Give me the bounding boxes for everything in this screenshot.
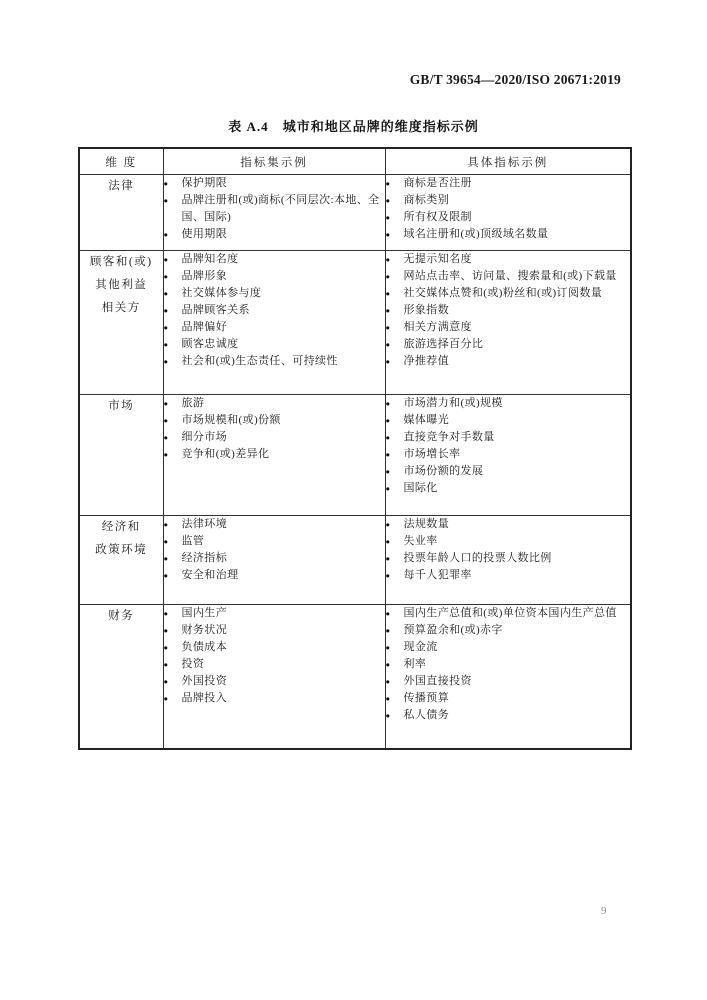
bullet-icon: ● xyxy=(164,429,182,446)
list-item: ●财务状况 xyxy=(164,622,385,639)
dimension-cell: 法律 xyxy=(79,175,163,251)
list-item-text: 私人债务 xyxy=(404,707,631,724)
column-header-indicator-sets: 指标集示例 xyxy=(163,148,385,175)
list-item-text: 净推荐值 xyxy=(404,353,631,370)
list-item: ●保护期限 xyxy=(164,175,385,192)
bullet-icon: ● xyxy=(386,429,404,446)
dimension-line: 其他利益 xyxy=(95,279,147,291)
column-header-specific-indicators: 具体指标示例 xyxy=(385,148,631,175)
dimension-cell: 顾客和(或)其他利益相关方 xyxy=(79,251,163,395)
bullet-icon: ● xyxy=(386,673,404,690)
list-item: ●品牌投入 xyxy=(164,690,385,707)
bullet-icon: ● xyxy=(164,268,182,285)
table-title-text: 城市和地区品牌的维度指标示例 xyxy=(283,119,479,134)
list-item: ●经济指标 xyxy=(164,550,385,567)
list-item-text: 国际化 xyxy=(404,480,631,497)
list-item-text: 经济指标 xyxy=(182,550,385,567)
list-item: ●品牌形象 xyxy=(164,268,385,285)
specific-indicator-cell: ●法规数量●失业率●投票年龄人口的投票人数比例●每千人犯罪率 xyxy=(385,516,631,605)
list-item-text: 社交媒体参与度 xyxy=(182,285,385,302)
bullet-icon: ● xyxy=(164,353,182,370)
list-item: ●传播预算 xyxy=(386,690,631,707)
list-item-text: 市场规模和(或)份额 xyxy=(182,412,385,429)
list-item-text: 网站点击率、访问量、搜索量和(或)下载量 xyxy=(404,268,631,285)
list-item: ●法律环境 xyxy=(164,516,385,533)
bullet-icon: ● xyxy=(386,446,404,463)
bullet-icon: ● xyxy=(386,302,404,319)
list-item-text: 安全和治理 xyxy=(182,567,385,584)
list-item: ●国内生产总值和(或)单位资本国内生产总值 xyxy=(386,605,631,622)
indicator-set-cell: ●品牌知名度●品牌形象●社交媒体参与度●品牌顾客关系●品牌偏好●顾客忠诚度●社会… xyxy=(163,251,385,395)
list-item-text: 市场份额的发展 xyxy=(404,463,631,480)
list-item: ●投资 xyxy=(164,656,385,673)
bullet-icon: ● xyxy=(386,268,404,285)
list-item: ●品牌顾客关系 xyxy=(164,302,385,319)
dimension-line: 政策环境 xyxy=(95,544,147,556)
bullet-icon: ● xyxy=(164,175,182,192)
bullet-icon: ● xyxy=(386,336,404,353)
list-item-text: 媒体曝光 xyxy=(404,412,631,429)
list-item-text: 投资 xyxy=(182,656,385,673)
list-item: ●相关方满意度 xyxy=(386,319,631,336)
bullet-icon: ● xyxy=(386,395,404,412)
dimension-line: 经济和 xyxy=(102,521,141,533)
bullet-icon: ● xyxy=(164,319,182,336)
bullet-icon: ● xyxy=(164,412,182,429)
list-item: ●网站点击率、访问量、搜索量和(或)下载量 xyxy=(386,268,631,285)
list-item: ●品牌注册和(或)商标(不同层次:本地、全国、国际) xyxy=(164,192,385,226)
bullet-icon: ● xyxy=(386,605,404,622)
dimension-line: 相关方 xyxy=(102,302,141,314)
bullet-icon: ● xyxy=(386,690,404,707)
bullet-icon: ● xyxy=(164,446,182,463)
bullet-icon: ● xyxy=(164,336,182,353)
bullet-icon: ● xyxy=(164,550,182,567)
list-item: ●顾客忠诚度 xyxy=(164,336,385,353)
bullet-icon: ● xyxy=(164,226,182,243)
dimension-cell: 财务 xyxy=(79,605,163,749)
bullet-icon: ● xyxy=(386,412,404,429)
list-item-text: 形象指数 xyxy=(404,302,631,319)
bullet-icon: ● xyxy=(386,656,404,673)
list-item: ●域名注册和(或)顶级域名数量 xyxy=(386,226,631,243)
indicator-set-cell: ●旅游●市场规模和(或)份额●细分市场●竞争和(或)差异化 xyxy=(163,395,385,516)
list-item-text: 外国投资 xyxy=(182,673,385,690)
bullet-icon: ● xyxy=(164,251,182,268)
bullet-icon: ● xyxy=(164,192,182,209)
list-item-text: 社会和(或)生态责任、可持续性 xyxy=(182,353,385,370)
bullet-icon: ● xyxy=(386,353,404,370)
list-item: ●预算盈余和(或)赤字 xyxy=(386,622,631,639)
bullet-icon: ● xyxy=(386,463,404,480)
list-item: ●利率 xyxy=(386,656,631,673)
bullet-icon: ● xyxy=(386,209,404,226)
list-item: ●商标是否注册 xyxy=(386,175,631,192)
list-item-text: 域名注册和(或)顶级域名数量 xyxy=(404,226,631,243)
list-item: ●商标类别 xyxy=(386,192,631,209)
bullet-icon: ● xyxy=(164,656,182,673)
bullet-icon: ● xyxy=(164,567,182,584)
page-number: 9 xyxy=(601,905,607,917)
list-item-text: 使用期限 xyxy=(182,226,385,243)
table-row: 顾客和(或)其他利益相关方●品牌知名度●品牌形象●社交媒体参与度●品牌顾客关系●… xyxy=(79,251,631,395)
list-item: ●媒体曝光 xyxy=(386,412,631,429)
standard-code-header: GB/T 39654—2020/ISO 20671:2019 xyxy=(410,72,621,88)
bullet-icon: ● xyxy=(386,226,404,243)
bullet-icon: ● xyxy=(386,639,404,656)
list-item: ●私人债务 xyxy=(386,707,631,724)
specific-indicator-cell: ●商标是否注册●商标类别●所有权及限制●域名注册和(或)顶级域名数量 xyxy=(385,175,631,251)
list-item-text: 财务状况 xyxy=(182,622,385,639)
indicator-set-cell: ●法律环境●监管●经济指标●安全和治理 xyxy=(163,516,385,605)
list-item-text: 品牌偏好 xyxy=(182,319,385,336)
specific-indicator-cell: ●市场潜力和(或)规模●媒体曝光●直接竞争对手数量●市场增长率●市场份额的发展●… xyxy=(385,395,631,516)
list-item-text: 法律环境 xyxy=(182,516,385,533)
list-item-text: 商标类别 xyxy=(404,192,631,209)
bullet-icon: ● xyxy=(386,319,404,336)
table-row: 财务●国内生产●财务状况●负债成本●投资●外国投资●品牌投入●国内生产总值和(或… xyxy=(79,605,631,749)
bullet-icon: ● xyxy=(386,285,404,302)
list-item: ●旅游选择百分比 xyxy=(386,336,631,353)
list-item: ●品牌知名度 xyxy=(164,251,385,268)
list-item: ●市场份额的发展 xyxy=(386,463,631,480)
list-item-text: 品牌形象 xyxy=(182,268,385,285)
bullet-icon: ● xyxy=(164,605,182,622)
table-header-row: 维 度 指标集示例 具体指标示例 xyxy=(79,148,631,175)
list-item: ●品牌偏好 xyxy=(164,319,385,336)
list-item: ●外国投资 xyxy=(164,673,385,690)
list-item-text: 品牌知名度 xyxy=(182,251,385,268)
list-item: ●安全和治理 xyxy=(164,567,385,584)
dimension-cell: 经济和政策环境 xyxy=(79,516,163,605)
list-item-text: 商标是否注册 xyxy=(404,175,631,192)
specific-indicator-cell: ●国内生产总值和(或)单位资本国内生产总值●预算盈余和(或)赤字●现金流●利率●… xyxy=(385,605,631,749)
bullet-icon: ● xyxy=(164,622,182,639)
list-item-text: 保护期限 xyxy=(182,175,385,192)
list-item: ●无提示知名度 xyxy=(386,251,631,268)
list-item: ●每千人犯罪率 xyxy=(386,567,631,584)
list-item-text: 市场增长率 xyxy=(404,446,631,463)
bullet-icon: ● xyxy=(386,533,404,550)
list-item: ●净推荐值 xyxy=(386,353,631,370)
list-item-text: 旅游 xyxy=(182,395,385,412)
table-row: 市场●旅游●市场规模和(或)份额●细分市场●竞争和(或)差异化●市场潜力和(或)… xyxy=(79,395,631,516)
bullet-icon: ● xyxy=(386,622,404,639)
indicator-set-cell: ●保护期限●品牌注册和(或)商标(不同层次:本地、全国、国际)●使用期限 xyxy=(163,175,385,251)
indicator-set-cell: ●国内生产●财务状况●负债成本●投资●外国投资●品牌投入 xyxy=(163,605,385,749)
list-item-text: 负债成本 xyxy=(182,639,385,656)
bullet-icon: ● xyxy=(386,480,404,497)
list-item-text: 国内生产总值和(或)单位资本国内生产总值 xyxy=(404,605,631,622)
bullet-icon: ● xyxy=(164,285,182,302)
list-item: ●社交媒体点赞和(或)粉丝和(或)订阅数量 xyxy=(386,285,631,302)
list-item-text: 市场潜力和(或)规模 xyxy=(404,395,631,412)
document-page: GB/T 39654—2020/ISO 20671:2019 表 A.4城市和地… xyxy=(0,0,707,1000)
list-item-text: 品牌投入 xyxy=(182,690,385,707)
list-item: ●社会和(或)生态责任、可持续性 xyxy=(164,353,385,370)
list-item-text: 细分市场 xyxy=(182,429,385,446)
table-row: 经济和政策环境●法律环境●监管●经济指标●安全和治理●法规数量●失业率●投票年龄… xyxy=(79,516,631,605)
bullet-icon: ● xyxy=(386,707,404,724)
bullet-icon: ● xyxy=(164,395,182,412)
bullet-icon: ● xyxy=(386,175,404,192)
list-item: ●现金流 xyxy=(386,639,631,656)
table-title-label: 表 A.4 xyxy=(228,119,268,134)
list-item: ●所有权及限制 xyxy=(386,209,631,226)
bullet-icon: ● xyxy=(386,567,404,584)
list-item: ●投票年龄人口的投票人数比例 xyxy=(386,550,631,567)
bullet-icon: ● xyxy=(164,673,182,690)
list-item-text: 品牌顾客关系 xyxy=(182,302,385,319)
list-item: ●市场规模和(或)份额 xyxy=(164,412,385,429)
bullet-icon: ● xyxy=(386,192,404,209)
list-item-text: 竞争和(或)差异化 xyxy=(182,446,385,463)
list-item: ●国内生产 xyxy=(164,605,385,622)
list-item-text: 国内生产 xyxy=(182,605,385,622)
list-item-text: 无提示知名度 xyxy=(404,251,631,268)
dimension-line: 财务 xyxy=(108,610,134,622)
list-item-text: 现金流 xyxy=(404,639,631,656)
specific-indicator-cell: ●无提示知名度●网站点击率、访问量、搜索量和(或)下载量●社交媒体点赞和(或)粉… xyxy=(385,251,631,395)
list-item: ●外国直接投资 xyxy=(386,673,631,690)
table-title: 表 A.4城市和地区品牌的维度指标示例 xyxy=(0,116,707,135)
list-item: ●细分市场 xyxy=(164,429,385,446)
list-item: ●监管 xyxy=(164,533,385,550)
list-item: ●社交媒体参与度 xyxy=(164,285,385,302)
table-row: 法律●保护期限●品牌注册和(或)商标(不同层次:本地、全国、国际)●使用期限●商… xyxy=(79,175,631,251)
bullet-icon: ● xyxy=(164,533,182,550)
list-item: ●失业率 xyxy=(386,533,631,550)
indicators-table: 维 度 指标集示例 具体指标示例 法律●保护期限●品牌注册和(或)商标(不同层次… xyxy=(78,147,632,750)
list-item-text: 投票年龄人口的投票人数比例 xyxy=(404,550,631,567)
bullet-icon: ● xyxy=(164,516,182,533)
bullet-icon: ● xyxy=(164,690,182,707)
column-header-dimension: 维 度 xyxy=(79,148,163,175)
list-item: ●竞争和(或)差异化 xyxy=(164,446,385,463)
list-item: ●法规数量 xyxy=(386,516,631,533)
list-item-text: 旅游选择百分比 xyxy=(404,336,631,353)
list-item-text: 监管 xyxy=(182,533,385,550)
dimension-line: 顾客和(或) xyxy=(90,256,153,268)
list-item-text: 法规数量 xyxy=(404,516,631,533)
dimension-cell: 市场 xyxy=(79,395,163,516)
list-item-text: 品牌注册和(或)商标(不同层次:本地、全国、国际) xyxy=(182,192,385,226)
bullet-icon: ● xyxy=(164,302,182,319)
list-item: ●形象指数 xyxy=(386,302,631,319)
bullet-icon: ● xyxy=(386,516,404,533)
list-item: ●国际化 xyxy=(386,480,631,497)
list-item-text: 失业率 xyxy=(404,533,631,550)
bullet-icon: ● xyxy=(386,550,404,567)
list-item-text: 所有权及限制 xyxy=(404,209,631,226)
list-item: ●负债成本 xyxy=(164,639,385,656)
list-item: ●市场增长率 xyxy=(386,446,631,463)
list-item-text: 传播预算 xyxy=(404,690,631,707)
dimension-line: 市场 xyxy=(108,400,134,412)
list-item: ●市场潜力和(或)规模 xyxy=(386,395,631,412)
bullet-icon: ● xyxy=(164,639,182,656)
list-item: ●旅游 xyxy=(164,395,385,412)
list-item-text: 相关方满意度 xyxy=(404,319,631,336)
list-item-text: 预算盈余和(或)赤字 xyxy=(404,622,631,639)
bullet-icon: ● xyxy=(386,251,404,268)
list-item: ●使用期限 xyxy=(164,226,385,243)
list-item-text: 利率 xyxy=(404,656,631,673)
list-item-text: 每千人犯罪率 xyxy=(404,567,631,584)
list-item-text: 顾客忠诚度 xyxy=(182,336,385,353)
list-item-text: 外国直接投资 xyxy=(404,673,631,690)
list-item-text: 社交媒体点赞和(或)粉丝和(或)订阅数量 xyxy=(404,285,631,302)
list-item: ●直接竞争对手数量 xyxy=(386,429,631,446)
list-item-text: 直接竞争对手数量 xyxy=(404,429,631,446)
dimension-line: 法律 xyxy=(108,180,134,192)
